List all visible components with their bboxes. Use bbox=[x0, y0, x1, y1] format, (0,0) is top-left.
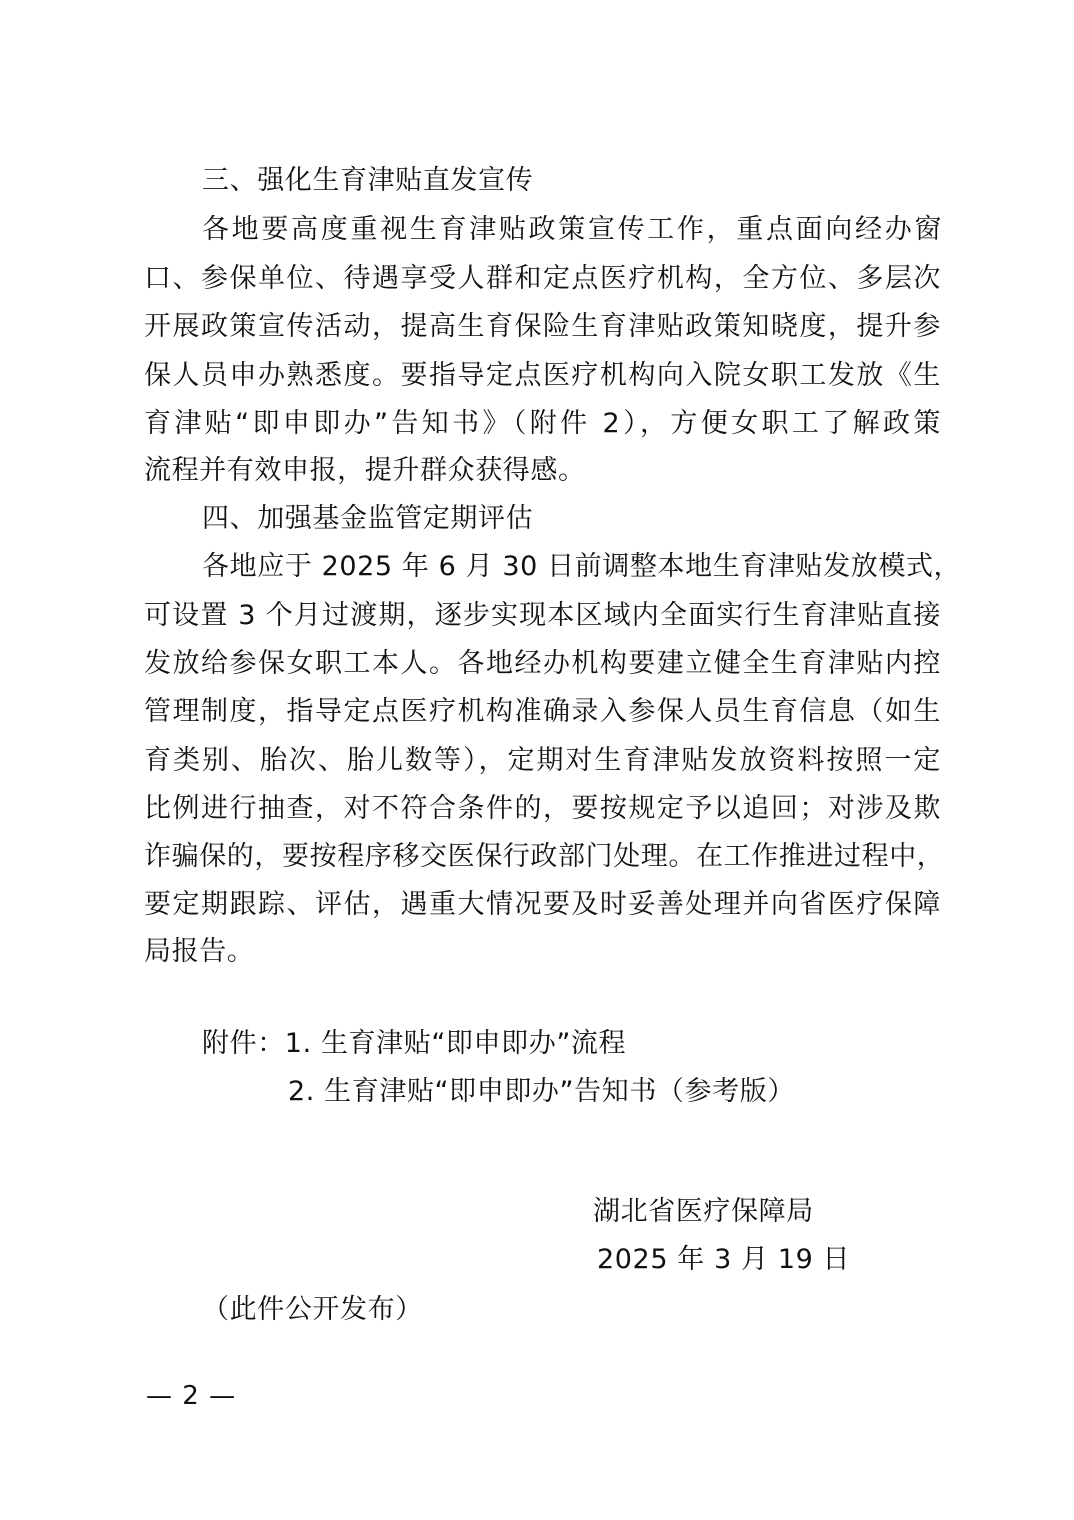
paragraph-line: 流程并有效申报，提升群众获得感。 bbox=[144, 451, 944, 491]
attachment-item-2: 2. 生育津贴“即申即办”告知书（参考版） bbox=[288, 1072, 1074, 1112]
paragraph-line: 保人员申办熟悉度。要指导定点医疗机构向入院女职工发放《生 bbox=[144, 356, 941, 396]
paragraph-line: 比例进行抽查，对不符合条件的，要按规定予以追回；对涉及欺 bbox=[144, 789, 941, 829]
page-number: — 2 — bbox=[146, 1378, 236, 1414]
paragraph-line: 各地应于 2025 年 6 月 30 日前调整本地生育津贴发放模式， bbox=[202, 547, 942, 587]
attachment-item-1: 附件：1. 生育津贴“即申即办”流程 bbox=[202, 1024, 1002, 1064]
issue-date: 2025 年 3 月 19 日 bbox=[597, 1240, 1074, 1280]
paragraph-line: 育类别、胎次、胎儿数等），定期对生育津贴发放资料按照一定 bbox=[144, 741, 941, 781]
section-heading-3: 三、强化生育津贴直发宣传 bbox=[202, 161, 1002, 201]
paragraph-line: 管理制度，指导定点医疗机构准确录入参保人员生育信息（如生 bbox=[144, 692, 941, 732]
paragraph-line: 开展政策宣传活动，提高生育保险生育津贴政策知晓度，提升参 bbox=[144, 307, 941, 347]
document-page: 三、强化生育津贴直发宣传 各地要高度重视生育津贴政策宣传工作，重点面向经办窗 口… bbox=[0, 0, 1074, 1520]
paragraph-line: 发放给参保女职工本人。各地经办机构要建立健全生育津贴内控 bbox=[144, 644, 941, 684]
issuer-name: 湖北省医疗保障局 bbox=[593, 1192, 1074, 1232]
paragraph-line: 口、参保单位、待遇享受人群和定点医疗机构，全方位、多层次 bbox=[144, 259, 941, 299]
paragraph-line: 局报告。 bbox=[144, 932, 944, 972]
paragraph-line: 各地要高度重视生育津贴政策宣传工作，重点面向经办窗 bbox=[202, 210, 942, 250]
paragraph-line: 育津贴“即申即办”告知书》（附件 2），方便女职工了解政策 bbox=[144, 404, 941, 444]
section-heading-4: 四、加强基金监管定期评估 bbox=[202, 499, 1002, 539]
paragraph-line: 诈骗保的，要按程序移交医保行政部门处理。在工作推进过程中， bbox=[144, 837, 941, 877]
paragraph-line: 要定期跟踪、评估，遇重大情况要及时妥善处理并向省医疗保障 bbox=[144, 885, 941, 925]
paragraph-line: 可设置 3 个月过渡期，逐步实现本区域内全面实行生育津贴直接 bbox=[144, 596, 941, 636]
disclosure-note: （此件公开发布） bbox=[202, 1290, 1002, 1330]
